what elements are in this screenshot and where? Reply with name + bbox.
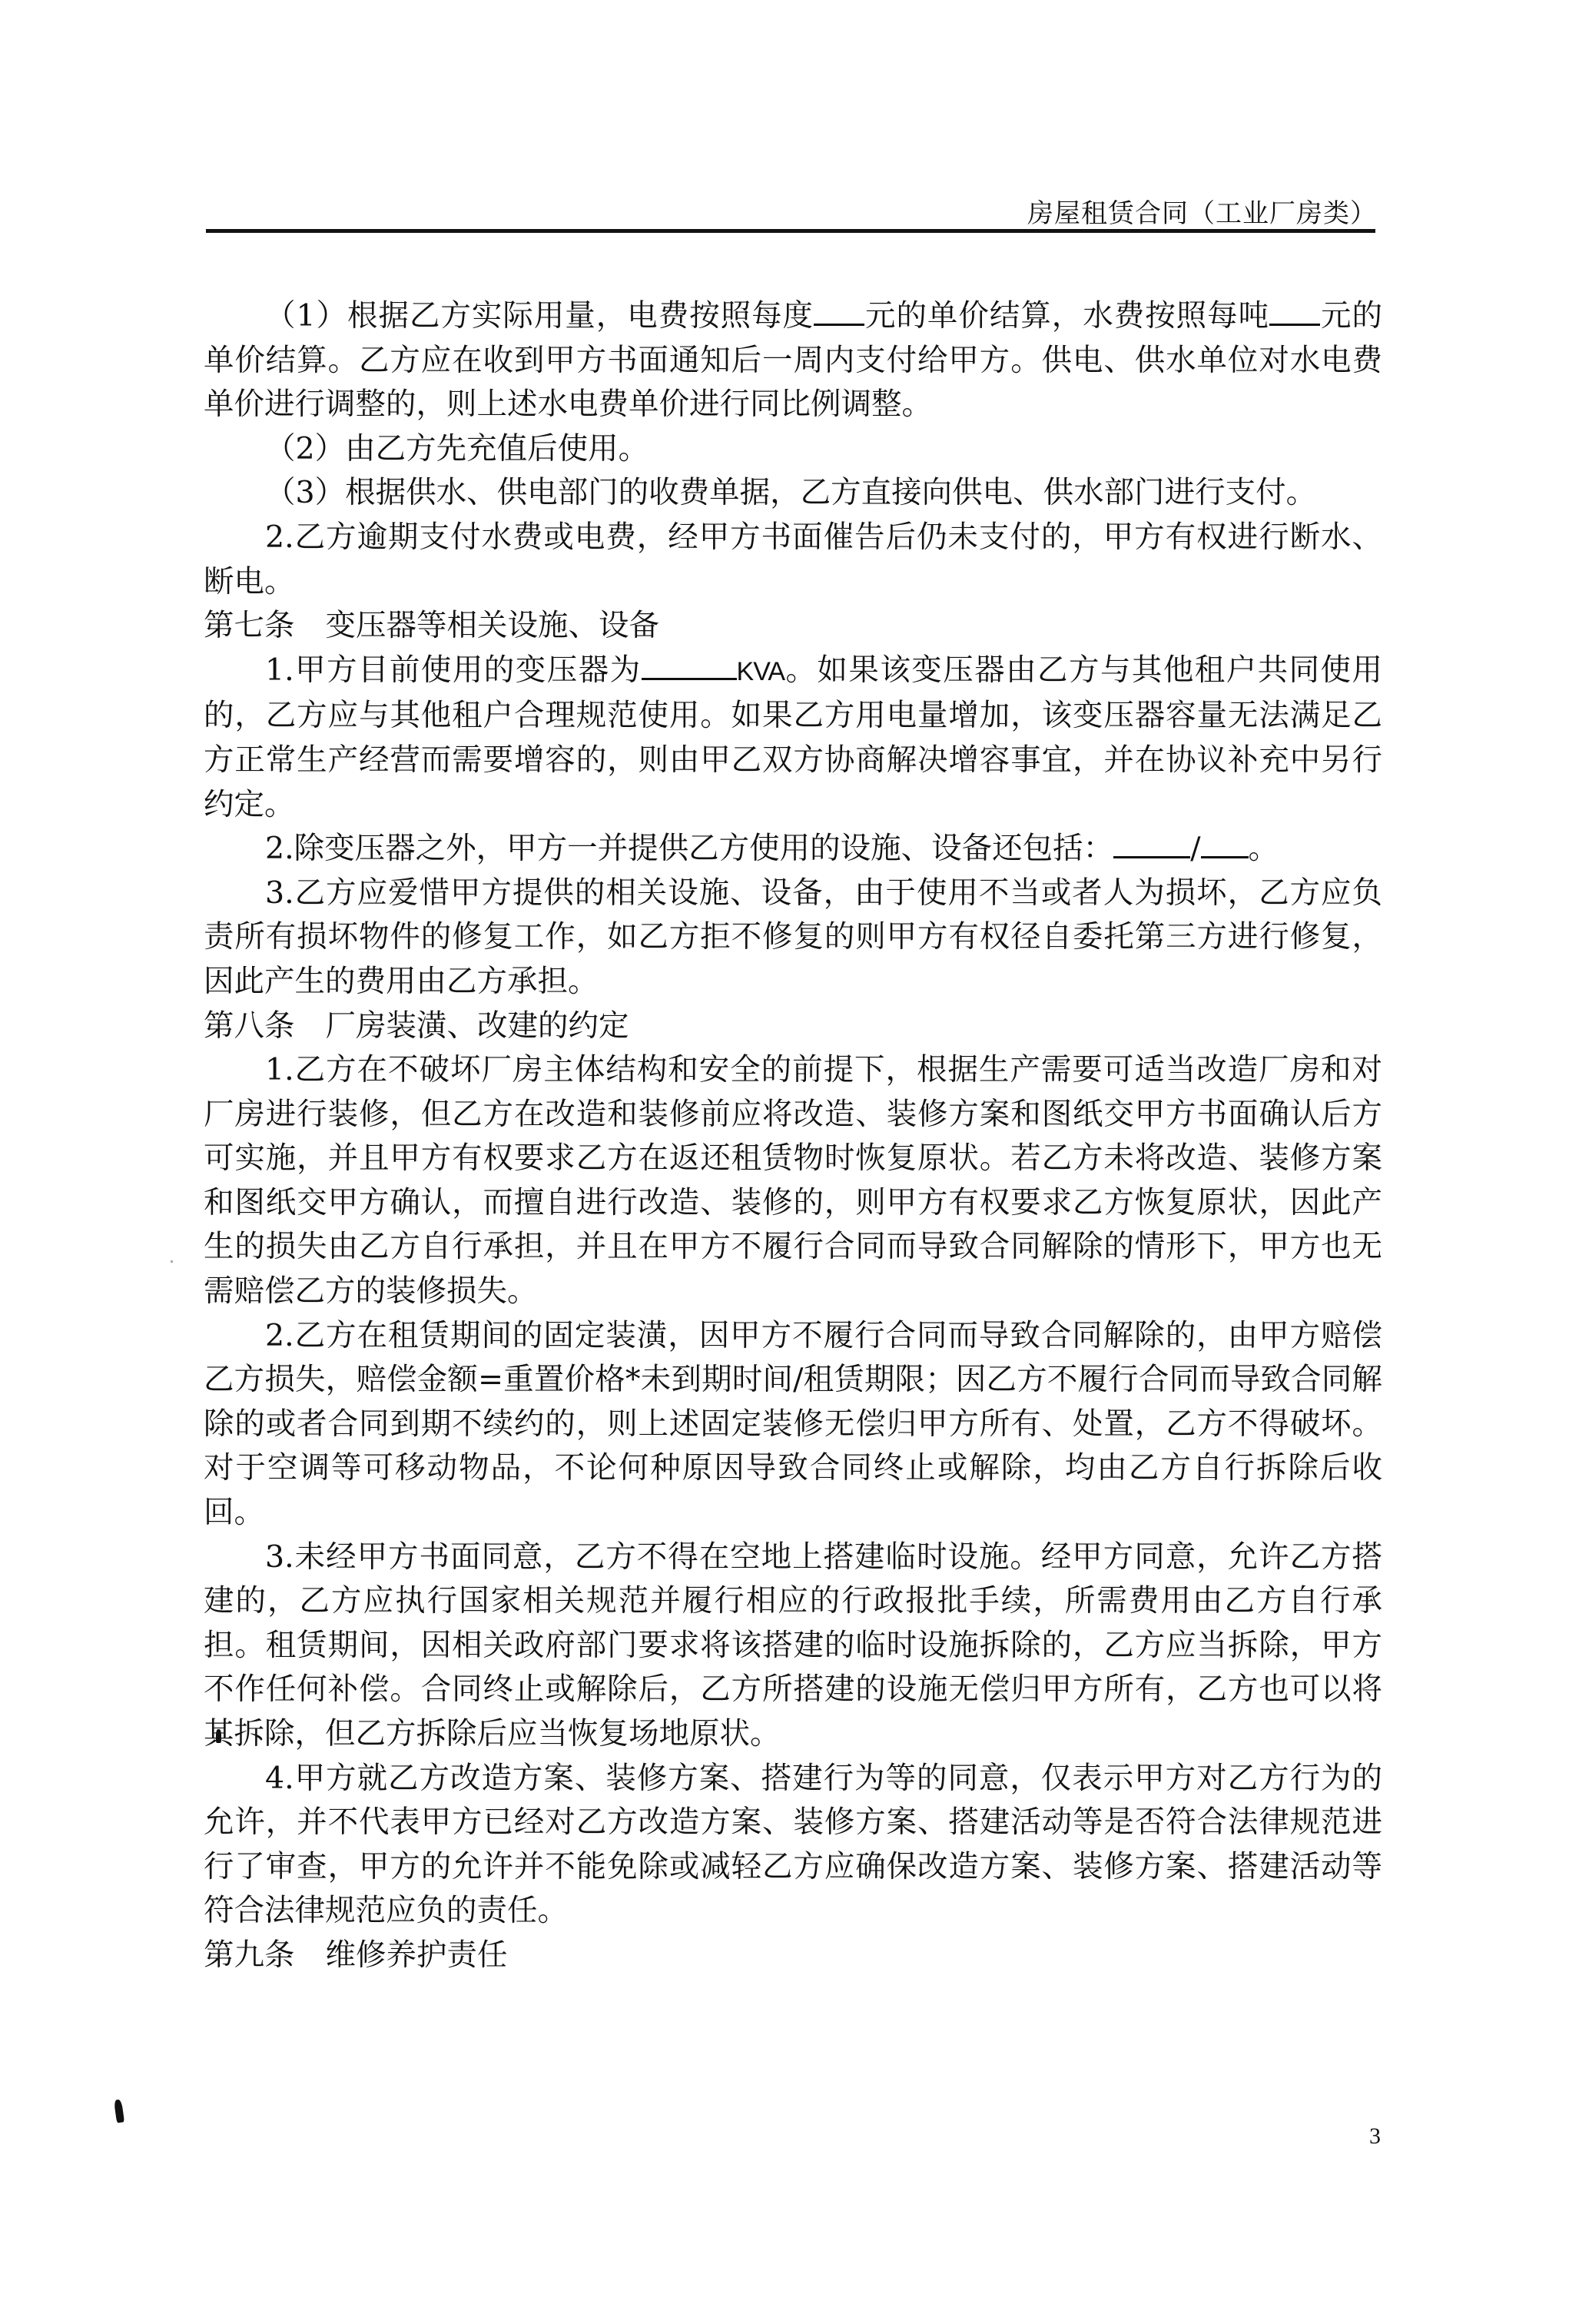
document-body: （1）根据乙方实际用量，电费按照每度元的单价结算，水费按照每吨元的单价结算。乙方… [204,294,1382,1978]
document-header-title: 房屋租赁合同（工业厂房类） [1027,192,1377,230]
clause-6-1-option-3: （3）根据供水、供电部门的收费单据，乙方直接向供电、供水部门进行支付。 [204,471,1382,516]
clause-8-1: 1.乙方在不破坏厂房主体结构和安全的前提下，根据生产需要可适当改造厂房和对厂房进… [204,1048,1382,1314]
clause-text: 2.除变压器之外，甲方一并提供乙方使用的设施、设备还包括： [265,831,1113,866]
clause-end: 。 [1249,831,1279,866]
water-price-blank [1269,300,1320,326]
scan-speck [171,1260,173,1263]
facilities-blank-2 [1201,833,1249,858]
article-8-heading: 第八条厂房装潢、改建的约定 [204,1004,1382,1049]
article-number: 第九条 [204,1937,295,1973]
ink-mark [216,1729,221,1743]
article-title: 维修养护责任 [326,1937,508,1973]
article-9-heading: 第九条维修养护责任 [204,1934,1382,1978]
article-title: 变压器等相关设施、设备 [326,608,660,643]
article-number: 第八条 [204,1008,295,1044]
clause-text: 元的单价结算，水费按照每吨 [864,298,1269,334]
article-number: 第七条 [204,608,295,643]
clause-6-2: 2.乙方逾期支付水费或电费，经甲方书面催告后仍未支付的，甲方有权进行断水、断电。 [204,516,1382,604]
clause-7-2: 2.除变压器之外，甲方一并提供乙方使用的设施、设备还包括：/。 [204,827,1382,871]
facilities-blank [1113,833,1190,858]
clause-7-1: 1.甲方目前使用的变压器为KVA。如果该变压器由乙方与其他租户共同使用的，乙方应… [204,649,1382,827]
clause-text: （1）根据乙方实际用量，电费按照每度 [265,298,814,334]
header-divider [206,229,1375,233]
clause-6-1-option-1: （1）根据乙方实际用量，电费按照每度元的单价结算，水费按照每吨元的单价结算。乙方… [204,294,1382,427]
clause-7-3: 3.乙方应爱惜甲方提供的相关设施、设备，由于使用不当或者人为损坏，乙方应负责所有… [204,871,1382,1004]
transformer-capacity-blank [642,655,737,680]
clause-8-2: 2.乙方在租赁期间的固定装潢，因甲方不履行合同而导致合同解除的，由甲方赔偿乙方损… [204,1314,1382,1535]
clause-8-4: 4.甲方就乙方改造方案、装修方案、搭建行为等的同意，仅表示甲方对乙方行为的允许，… [204,1757,1382,1934]
article-7-heading: 第七条变压器等相关设施、设备 [204,604,1382,649]
clause-text: 1.甲方目前使用的变压器为 [265,652,642,688]
clause-8-3: 3.未经甲方书面同意，乙方不得在空地上搭建临时设施。经甲方同意，允许乙方搭建的，… [204,1535,1382,1757]
page-number: 3 [1369,2123,1381,2150]
unit-kva: KVA [737,657,785,686]
ink-mark-bottom-left [114,2099,124,2123]
slash-separator: / [1190,831,1200,866]
electricity-price-blank [814,300,864,326]
clause-6-1-option-2: （2）由乙方先充值后使用。 [204,427,1382,472]
article-title: 厂房装潢、改建的约定 [326,1008,629,1044]
